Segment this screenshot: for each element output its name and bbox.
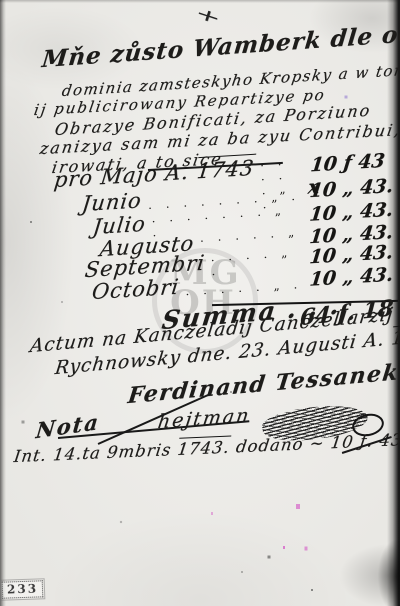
year-overlined: 1743. xyxy=(176,435,231,458)
year-overlined: 1743 xyxy=(196,154,256,184)
pink-marks xyxy=(0,0,2,3)
archive-number-stamp: 233 xyxy=(2,580,44,598)
manuscript-photo: MG OH + Mňe zůsto Wamberk dle od Hrab. Z… xyxy=(0,0,400,606)
photo-edge-smudge xyxy=(378,540,400,606)
photo-edge-left xyxy=(0,0,6,606)
